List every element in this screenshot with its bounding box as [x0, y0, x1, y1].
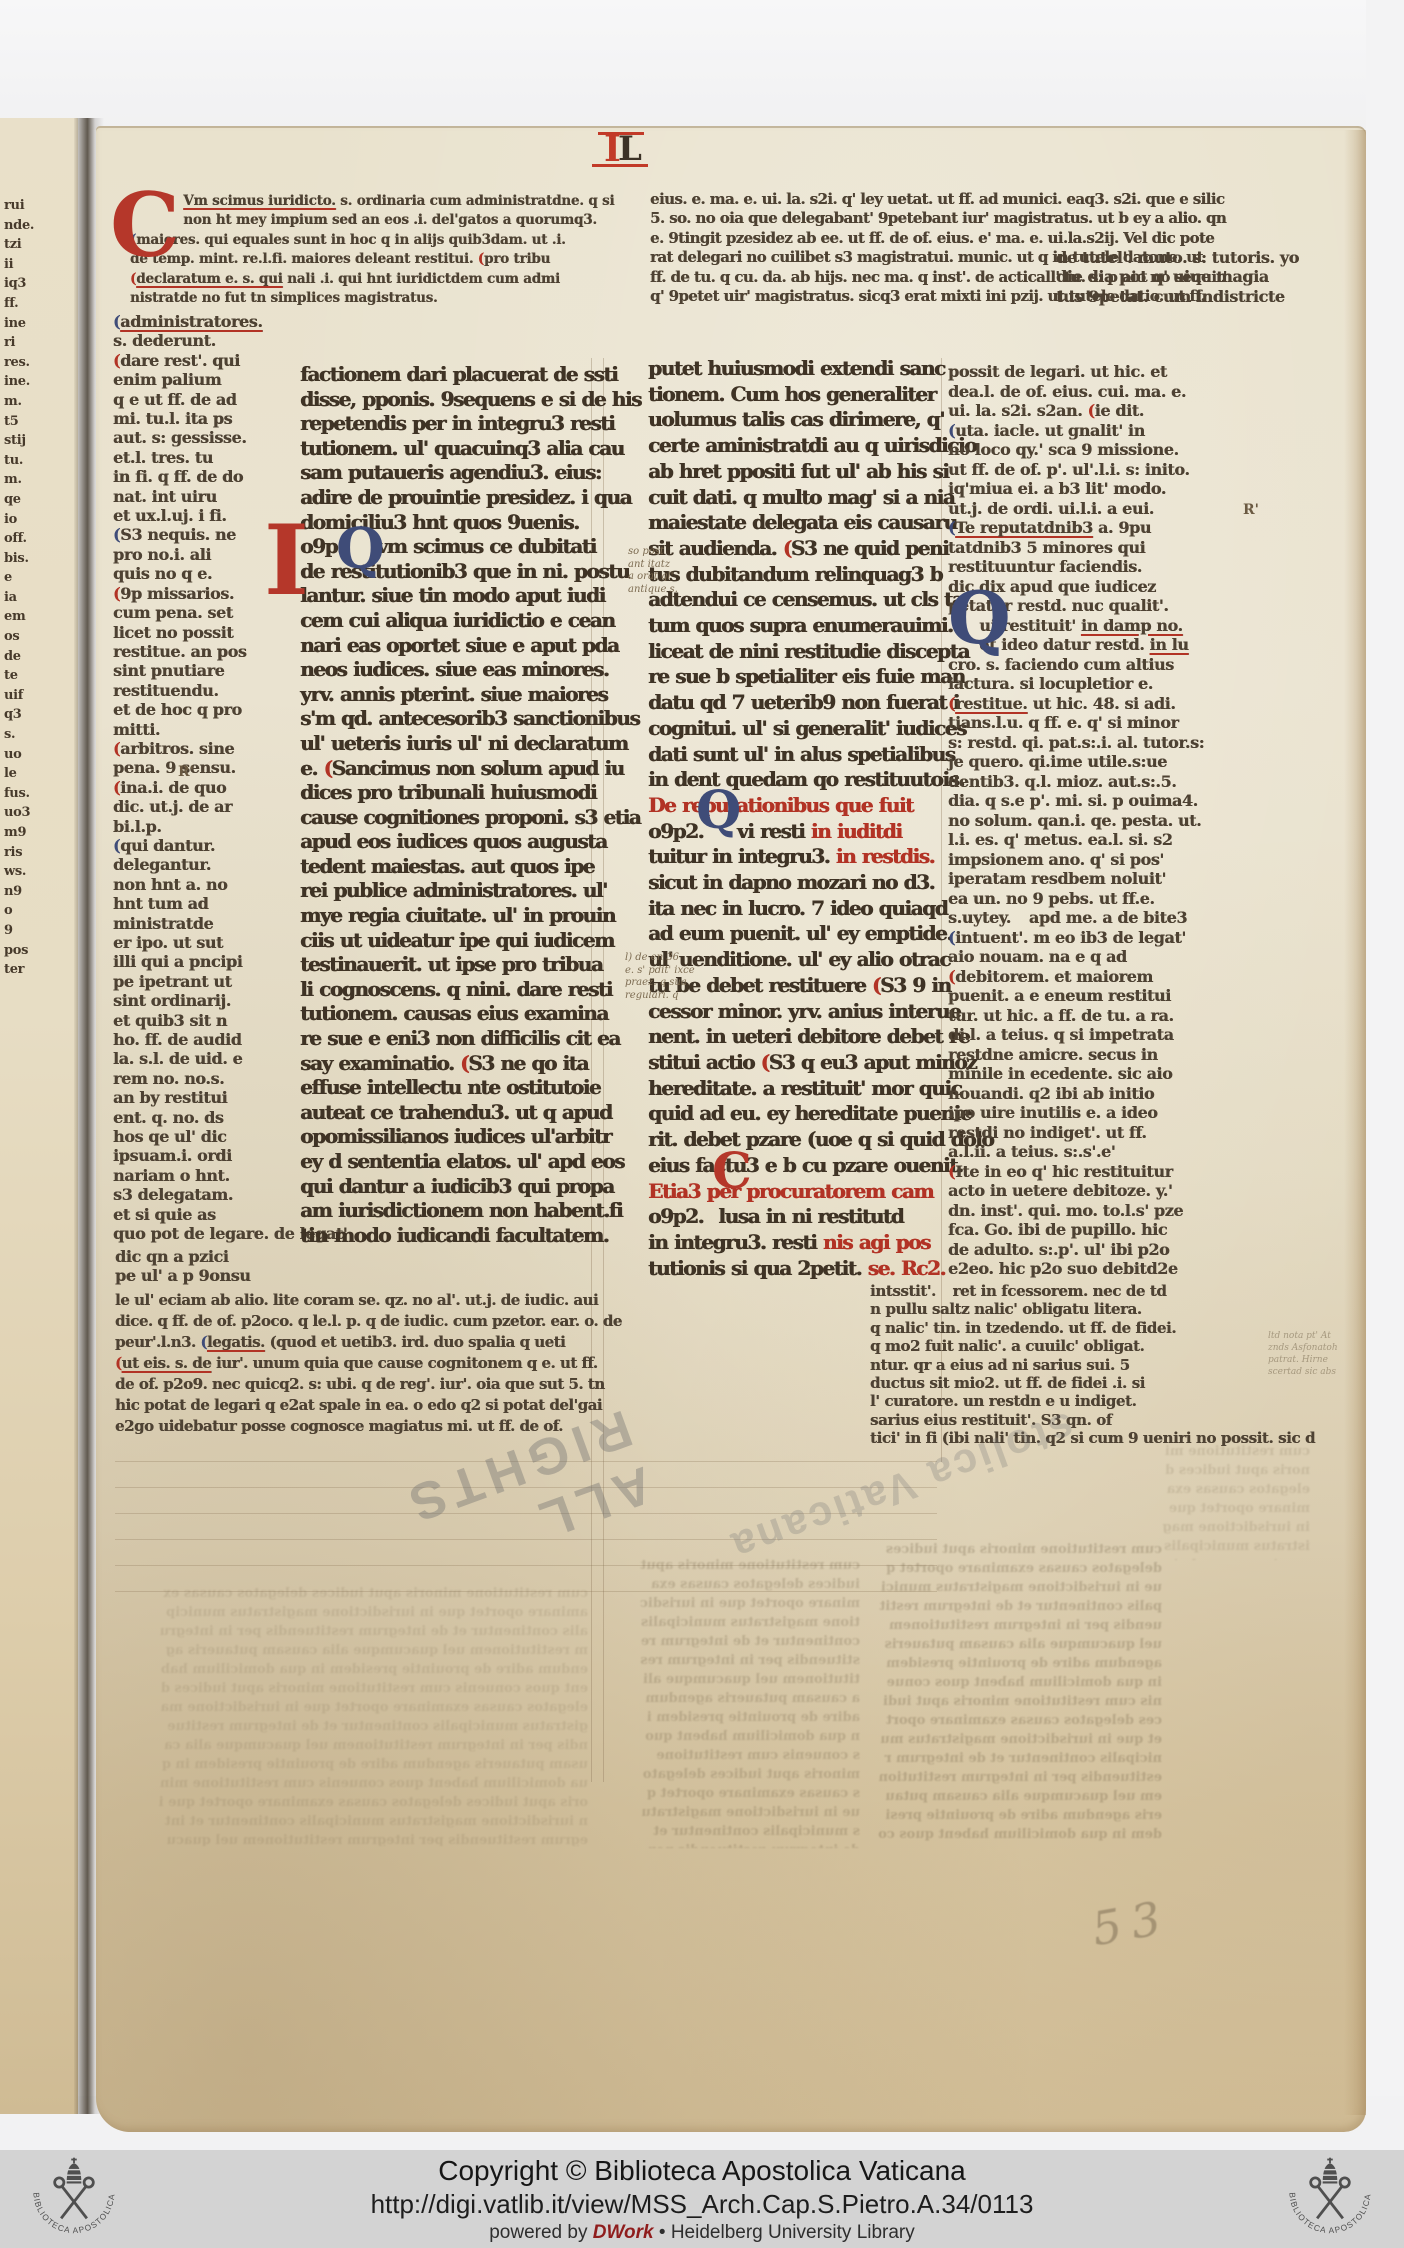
gloss-right-column: possit de legari. ut hic. etdea.l. de of… [948, 362, 1306, 1279]
scan-background-right [1366, 0, 1404, 2150]
copyright-footer: Copyright © Biblioteca Apostolica Vatica… [0, 2150, 1404, 2248]
main-text-column-1: factionem dari placuerat de sstidisse, p… [300, 362, 596, 1247]
powered-by-suffix: • Heidelberg University Library [654, 2222, 915, 2243]
margin-signature-mark: R' [178, 764, 194, 780]
marginal-cursive-note: l) de en 36e. s' pdit' ixcepraez. q suar… [625, 952, 695, 1002]
previous-folio-text-fragments: ruinde.tziiiiq3ff.inerires.ine.m.t5stijt… [4, 196, 64, 980]
powered-by-line: powered by DWork • Heidelberg University… [489, 2222, 915, 2244]
scan-background-top [0, 0, 1404, 130]
vatican-library-logo-icon: BIBLIOTECA APOSTOLICA VATICANA [1266, 2154, 1394, 2246]
manuscript-scan-page: ruinde.tziiiiq3ff.inerires.ine.m.t5stijt… [0, 0, 1404, 2248]
gloss-top-right-continuation: de tutel'. muto. s: tutoris. yodie dia p… [1056, 248, 1306, 306]
gloss-top-left: Vm scimus iuridicto. s. ordinaria cum ad… [130, 192, 530, 308]
marginal-pencil-notes: ltd nota pt' Atznds Asfonatohpatrat. Hir… [1268, 1330, 1338, 1378]
bleed-through-text: cum restitutione minoris aput iudices de… [640, 1556, 860, 1848]
decorated-initial-I: I [264, 518, 309, 604]
margin-signature-mark: R' [1243, 502, 1259, 518]
bleed-through-text: cum restitutione minoris aput iudices de… [1162, 1442, 1310, 1560]
previous-folio-edge: ruinde.tziiiiq3ff.inerires.ine.m.t5stijt… [0, 118, 78, 2114]
decorated-initial-Q: Q [696, 788, 741, 835]
gloss-bottom-left-lead: dic qn a pzicipe ul' a p 9onsu [115, 1247, 275, 1286]
powered-by-prefix: powered by [489, 2222, 593, 2243]
gloss-bottom-right: intsstit'. ret in fcessorem. nec de tdn … [870, 1282, 1310, 1448]
source-url: http://digi.vatlib.it/view/MSS_Arch.Cap.… [371, 2189, 1034, 2220]
copyright-line: Copyright © Biblioteca Apostolica Vatica… [438, 2155, 966, 2187]
dwork-brand: DWork [593, 2222, 654, 2243]
decorated-initial-Q: Q [336, 524, 385, 574]
bleed-through-text: cum restitutione minoris aput iudices de… [878, 1540, 1162, 1846]
running-header-mark: I L [592, 128, 654, 170]
decorated-initial-C: C [110, 186, 180, 265]
decorated-initial-Q: Q [948, 586, 1011, 651]
main-text-column-2: putet huiusmodi extendi sanctionem. Cum … [648, 356, 938, 1281]
decorated-initial-C: C [712, 1148, 752, 1193]
bleed-through-text: cum restitutione minoris aput iudices de… [158, 1584, 588, 1846]
vatican-library-logo-icon: BIBLIOTECA APOSTOLICA VATICANA [10, 2154, 138, 2246]
gloss-left-column: (administratores.s. dederunt.(dare rest'… [113, 312, 298, 1244]
page-right-edge [1344, 130, 1366, 2115]
header-letter-dark: L [618, 130, 642, 168]
marginal-cursive-note: so postant itatza orat ql'antique s. [628, 546, 678, 596]
